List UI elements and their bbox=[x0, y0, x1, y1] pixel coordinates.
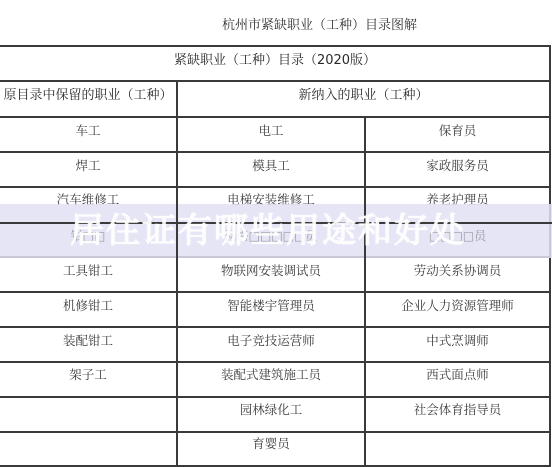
table-cell: 模具工 bbox=[178, 158, 364, 174]
table-divider bbox=[0, 291, 550, 293]
table-divider bbox=[0, 186, 550, 188]
table-divider bbox=[0, 431, 550, 433]
table-cell: 车工 bbox=[0, 123, 176, 139]
watermark-text: 居住证有哪些用途和好处 bbox=[70, 207, 466, 255]
table-border-top bbox=[0, 45, 550, 47]
table-divider bbox=[0, 80, 550, 82]
table-divider bbox=[0, 396, 550, 398]
table-caption: 紧缺职业（工种）目录（2020版） bbox=[0, 53, 550, 69]
column-header-new: 新纳入的职业（工种） bbox=[178, 88, 549, 104]
table-divider bbox=[0, 116, 550, 118]
table-cell: 家政服务员 bbox=[366, 158, 549, 174]
table-divider bbox=[0, 151, 550, 153]
table-cell: 焊工 bbox=[0, 158, 176, 174]
column-header-retained: 原目录中保留的职业（工种） bbox=[0, 88, 176, 104]
table-cell: 电工 bbox=[178, 123, 364, 139]
table-divider bbox=[0, 326, 550, 328]
table-divider bbox=[0, 361, 550, 363]
table-cell: 保育员 bbox=[366, 123, 549, 139]
